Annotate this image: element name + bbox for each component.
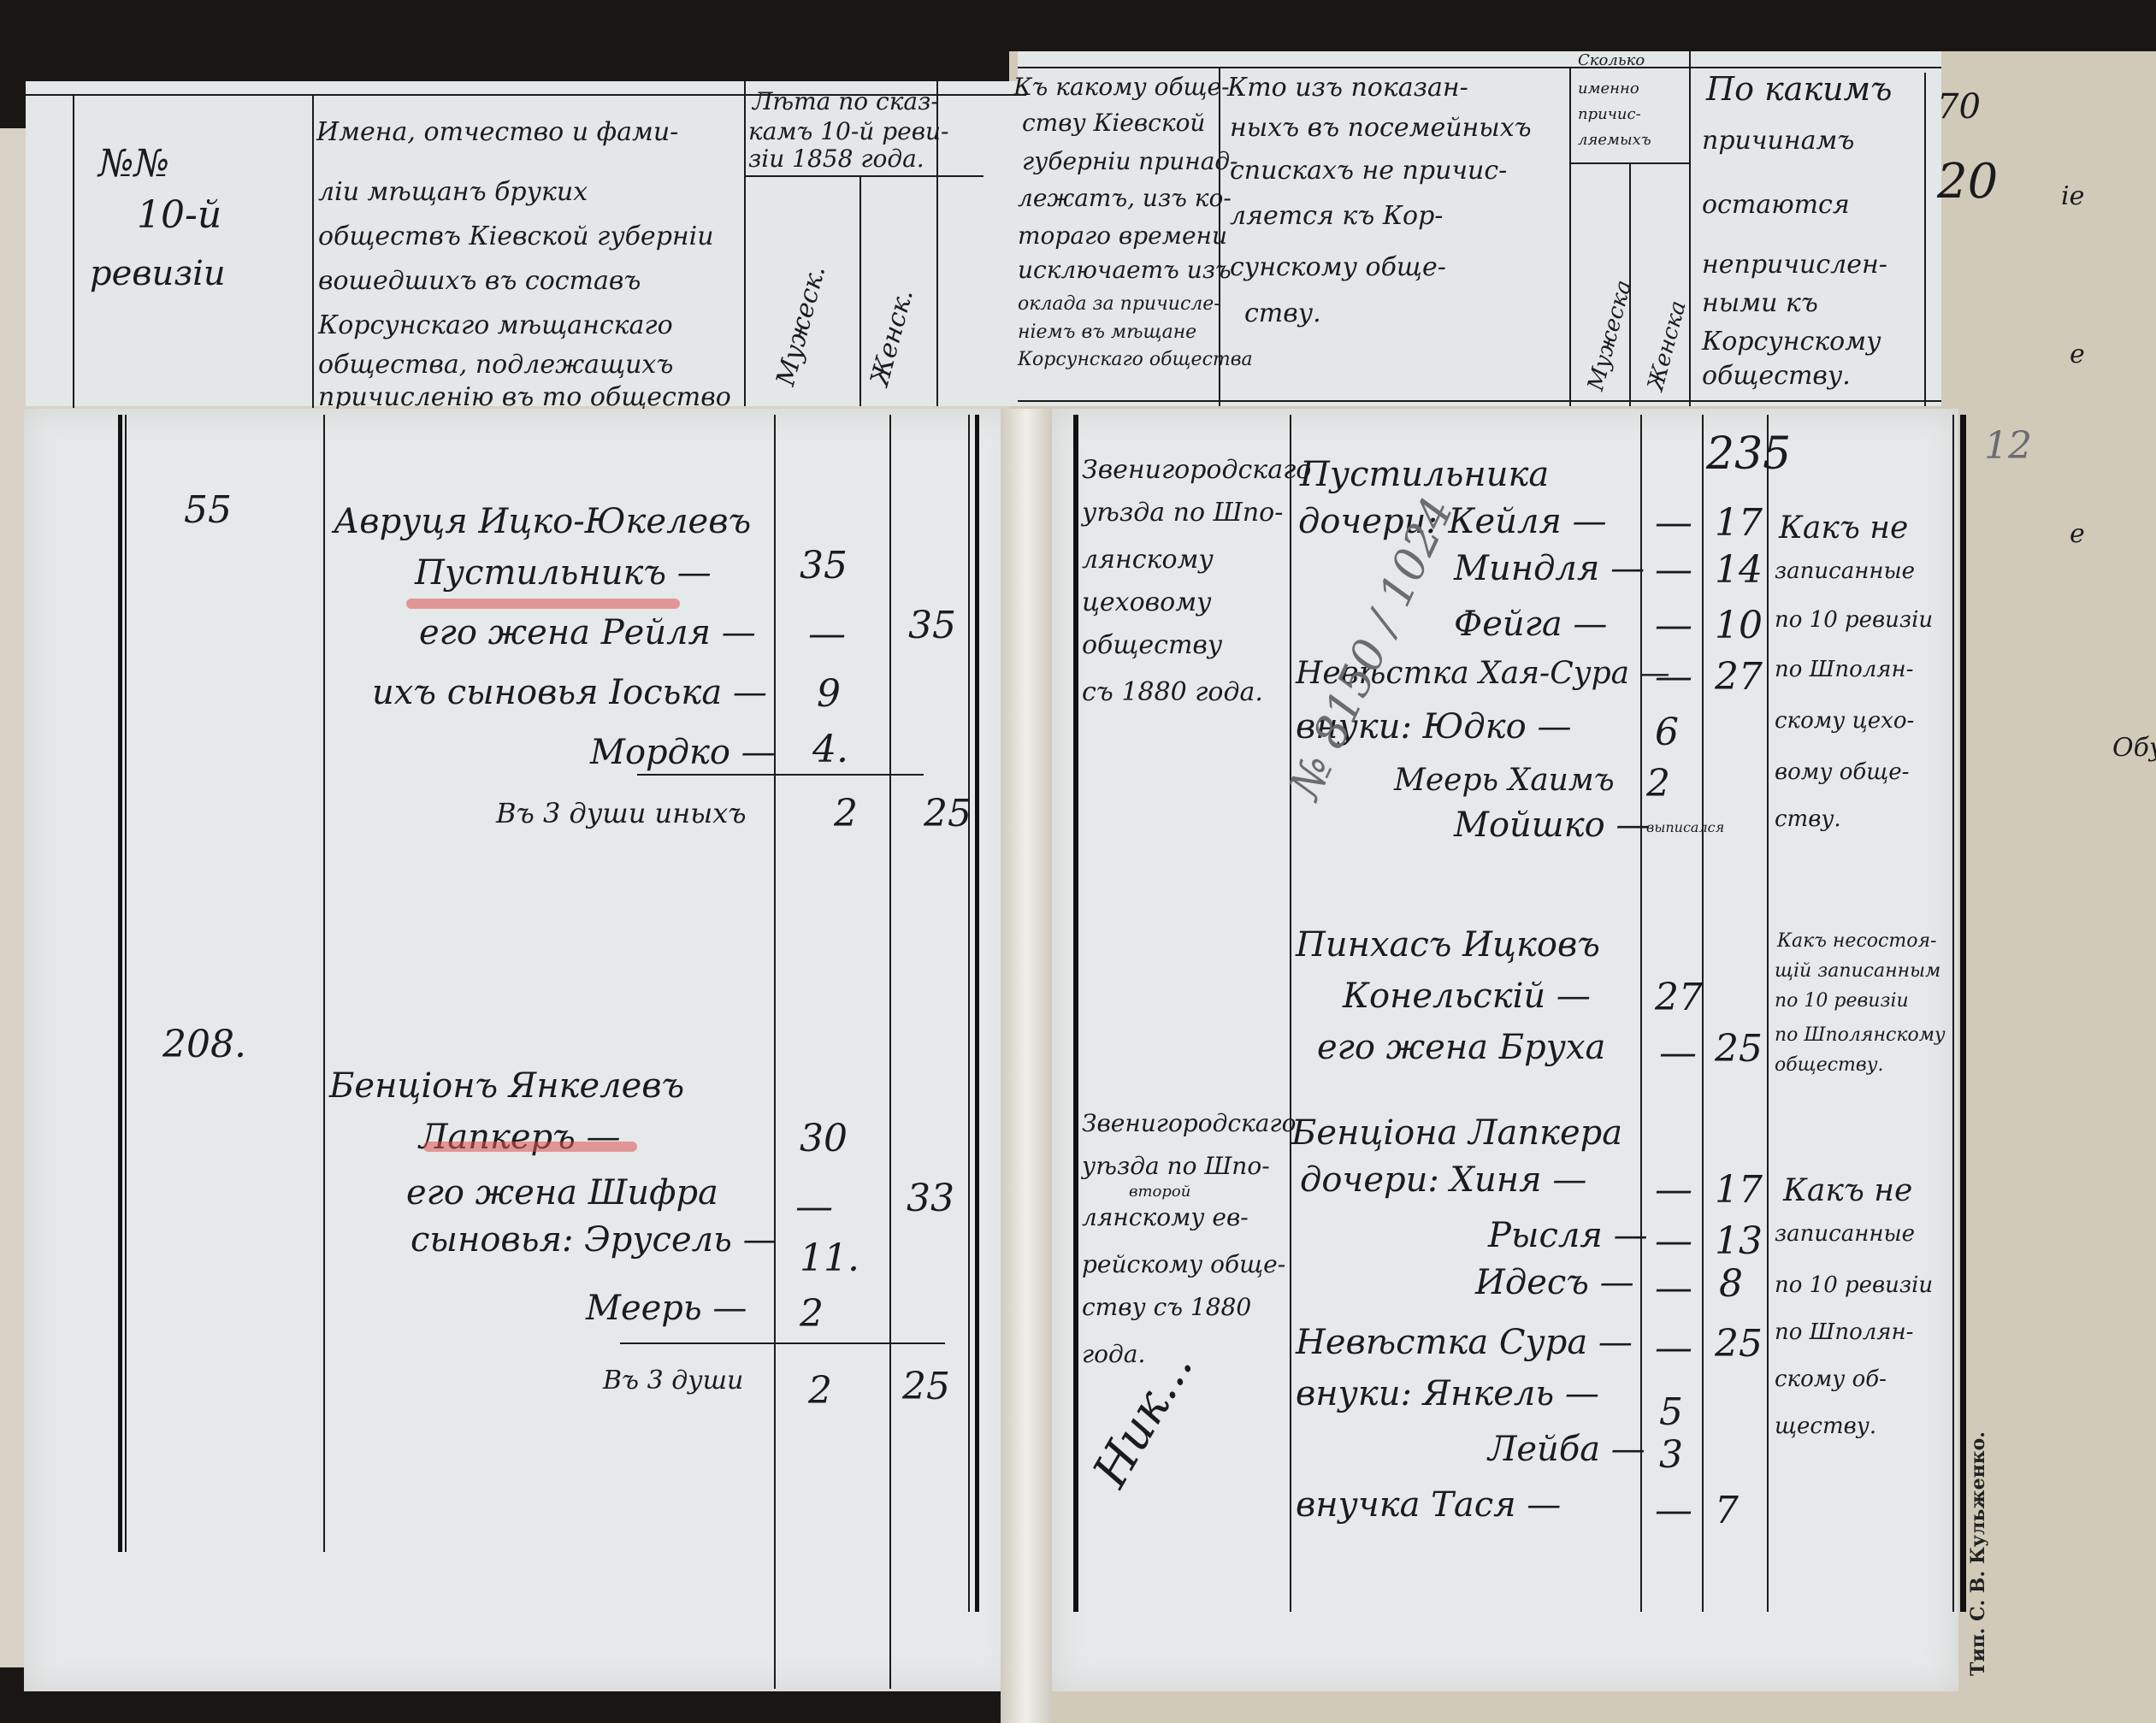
entry-number: 208. bbox=[162, 1026, 246, 1064]
entry-number: 55 bbox=[184, 492, 232, 529]
margin-fragment: е bbox=[2070, 342, 2085, 368]
margin-fragment: іе bbox=[2061, 184, 2084, 209]
pencil-mark-crossed: 235 bbox=[1706, 432, 1791, 476]
red-underline bbox=[423, 1142, 637, 1152]
page-number-top: 70 bbox=[1937, 90, 1981, 124]
margin-fragment: е bbox=[2070, 522, 2085, 547]
page-mark: 12 bbox=[1984, 428, 2032, 465]
page-number-bottom: 20 bbox=[1937, 158, 1998, 206]
printer-imprint: Тип. С. В. Кульженко. bbox=[1967, 1431, 1989, 1676]
entry-total: Въ 3 души иныхъ bbox=[496, 800, 747, 827]
book-spine bbox=[1001, 409, 1052, 1723]
entry-total: Въ 3 души bbox=[603, 1368, 743, 1394]
red-underline bbox=[406, 599, 680, 609]
margin-fragment: Обуг bbox=[2112, 735, 2156, 761]
